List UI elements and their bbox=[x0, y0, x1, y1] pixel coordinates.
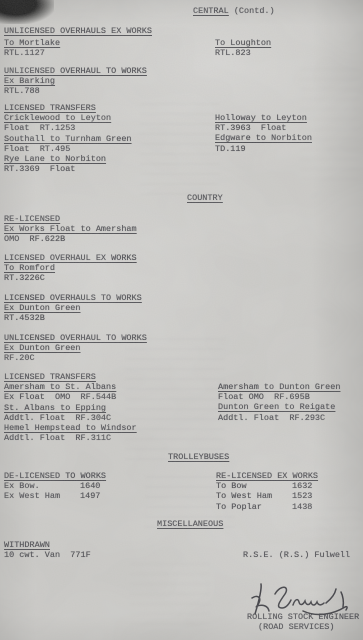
section-unlicensed-to-works: UNLICENSED OVERHAUL TO WORKS Ex Barking … bbox=[4, 66, 147, 97]
vehicle-number: Ex Float OMO RF.544B bbox=[4, 392, 137, 402]
vehicle-number: OMO RF.622B bbox=[4, 234, 137, 244]
section-heading: RE-LICENSED EX WORKS bbox=[216, 471, 318, 481]
vehicle-number: Float OMO RF.695B bbox=[218, 392, 340, 402]
route-name: Holloway to Leyton bbox=[215, 113, 312, 123]
route-name: To Romford bbox=[4, 263, 137, 273]
section-heading: UNLICENSED OVERHAUL TO WORKS bbox=[4, 333, 147, 343]
section-licensed-transfers-country: LICENSED TRANSFERS Amersham to St. Alban… bbox=[4, 372, 137, 443]
trolleybuses-heading: TROLLEYBUSES bbox=[168, 452, 229, 462]
vehicle-number: TD.119 bbox=[215, 144, 312, 154]
licensed-transfers-country-right: Amersham to Dunton Green Float OMO RF.69… bbox=[218, 382, 340, 423]
route-name: St. Albans to Epping bbox=[4, 403, 137, 413]
page-title: CENTRAL (Contd.) bbox=[193, 6, 275, 16]
section-licensed-overhauls-to-works: LICENSED OVERHAULS TO WORKS Ex Dunton Gr… bbox=[4, 293, 142, 324]
vehicle-number: Addtl. Float RF.304C bbox=[4, 413, 137, 423]
section-heading: LICENSED OVERHAULS TO WORKS bbox=[4, 293, 142, 303]
withdrawn-item: 10 cwt. Van 771F bbox=[4, 550, 91, 560]
route-name: Ex Barking bbox=[4, 76, 147, 86]
vehicle-number: RT.3963 Float bbox=[215, 123, 312, 133]
fleet-number: 1523 bbox=[292, 491, 312, 501]
vehicle-number: RT.3226C bbox=[4, 273, 137, 283]
depot-label: Ex West Ham bbox=[4, 491, 80, 501]
depot-label: To Poplar bbox=[216, 502, 292, 512]
scanned-document-page: { "colors": { "paper": "#c9c8c5", "ink":… bbox=[0, 0, 363, 640]
signoff-subtitle: (ROAD SERVICES) bbox=[247, 622, 359, 632]
fleet-number: 1438 bbox=[292, 502, 312, 512]
section-unlicensed-overhaul-to-works-country: UNLICENSED OVERHAUL TO WORKS Ex Dunton G… bbox=[4, 333, 147, 364]
section-licensed-transfers-central: LICENSED TRANSFERS Cricklewood to Leyton… bbox=[4, 103, 132, 174]
page-title-suffix: (Contd.) bbox=[229, 6, 275, 16]
table-row: Ex Bow.1640 bbox=[4, 481, 106, 491]
section-heading: RE-LICENSED bbox=[4, 214, 137, 224]
route-name: Rye Lane to Norbiton bbox=[4, 154, 132, 164]
route-name: To Loughton bbox=[215, 38, 271, 48]
depot-label: Ex Bow. bbox=[4, 481, 80, 491]
section-heading: LICENSED TRANSFERS bbox=[4, 103, 132, 113]
table-row: Ex West Ham1497 bbox=[4, 491, 106, 501]
licensed-transfers-central-right: Holloway to Leyton RT.3963 Float Edgware… bbox=[215, 113, 312, 154]
section-unlicensed-ex-works: UNLICENSED OVERHAULS EX WORKS bbox=[4, 26, 152, 36]
route-name: Amersham to St. Albans bbox=[4, 382, 137, 392]
fleet-number: 1497 bbox=[80, 491, 100, 501]
route-name: To Mortlake bbox=[4, 38, 60, 48]
route-name: Edgware to Norbiton bbox=[215, 133, 312, 143]
country-heading: COUNTRY bbox=[187, 193, 223, 203]
section-heading: LICENSED OVERHAUL EX WORKS bbox=[4, 253, 137, 263]
route-name: Hemel Hempstead to Windsor bbox=[4, 423, 137, 433]
vehicle-number: RF.20C bbox=[4, 353, 147, 363]
vehicle-number: Addtl. Float RF.311C bbox=[4, 433, 137, 443]
section-heading: UNLICENSED OVERHAULS EX WORKS bbox=[4, 26, 152, 36]
scan-ink-blob bbox=[0, 0, 54, 24]
vehicle-number: Float RT.1253 bbox=[4, 123, 132, 133]
trolleybus-de-licensed-table: DE-LICENSED TO WORKS Ex Bow.1640 Ex West… bbox=[4, 471, 106, 502]
table-row: To Poplar1438 bbox=[216, 502, 318, 512]
table-row: To West Ham1523 bbox=[216, 491, 318, 501]
route-name: Ex Works Float to Amersham bbox=[4, 224, 137, 234]
route-name: Dunton Green to Reigate bbox=[218, 402, 340, 412]
route-name: Ex Dunton Green bbox=[4, 343, 147, 353]
bleed-through-smudge bbox=[140, 95, 220, 195]
vehicle-number: RTL.788 bbox=[4, 86, 147, 96]
trolleybus-re-licensed-table: RE-LICENSED EX WORKS To Bow1632 To West … bbox=[216, 471, 318, 512]
section-re-licensed: RE-LICENSED Ex Works Float to Amersham O… bbox=[4, 214, 137, 245]
table-row: To Bow1632 bbox=[216, 481, 318, 491]
route-name: Southall to Turnham Green bbox=[4, 134, 132, 144]
fleet-number: 1640 bbox=[80, 481, 100, 491]
vehicle-number: RT.4532B bbox=[4, 313, 142, 323]
section-heading: WITHDRAWN bbox=[4, 540, 91, 550]
route-name: Cricklewood to Leyton bbox=[4, 113, 132, 123]
vehicle-number: RTL.823 bbox=[215, 48, 271, 58]
rse-note: R.S.E. (R.S.) Fulwell bbox=[243, 550, 350, 560]
section-licensed-overhaul-ex-works: LICENSED OVERHAUL EX WORKS To Romford RT… bbox=[4, 253, 137, 284]
vehicle-number: RTL.1127 bbox=[4, 48, 60, 58]
route-name: Ex Dunton Green bbox=[4, 303, 142, 313]
vehicle-number: RT.3369 Float bbox=[4, 164, 132, 174]
page-title-word: CENTRAL bbox=[193, 6, 229, 16]
bleed-through-smudge bbox=[130, 555, 210, 625]
depot-label: To West Ham bbox=[216, 491, 292, 501]
miscellaneous-heading: MISCELLANEOUS bbox=[157, 519, 223, 529]
route-name: Amersham to Dunton Green bbox=[218, 382, 340, 392]
entry-loughton: To Loughton RTL.823 bbox=[215, 38, 271, 58]
fleet-number: 1632 bbox=[292, 481, 312, 491]
section-heading: LICENSED TRANSFERS bbox=[4, 372, 137, 382]
withdrawn-section: WITHDRAWN 10 cwt. Van 771F bbox=[4, 540, 91, 560]
signature bbox=[248, 580, 353, 622]
section-heading: UNLICENSED OVERHAUL TO WORKS bbox=[4, 66, 147, 76]
vehicle-number: Float RT.495 bbox=[4, 144, 132, 154]
entry-mortlake: To Mortlake RTL.1127 bbox=[4, 38, 60, 58]
depot-label: To Bow bbox=[216, 481, 292, 491]
vehicle-number: Addtl. Float RF.293C bbox=[218, 413, 340, 423]
section-heading: DE-LICENSED TO WORKS bbox=[4, 471, 106, 481]
